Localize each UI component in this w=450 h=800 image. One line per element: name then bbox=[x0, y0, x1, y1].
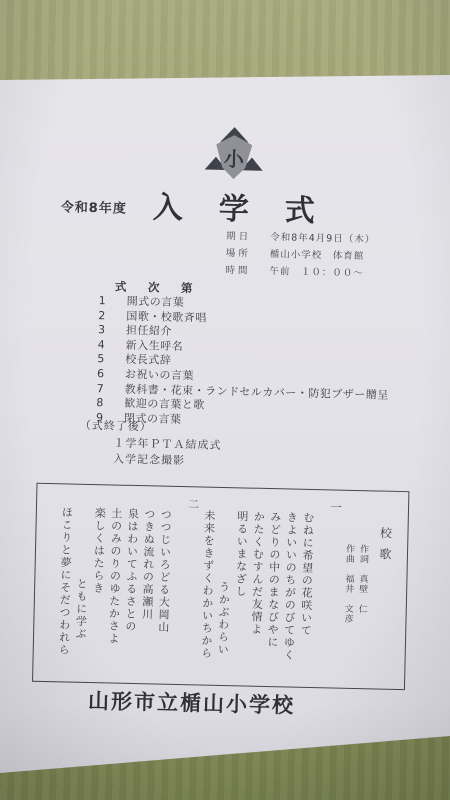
program-heading: 式 次 第 bbox=[115, 278, 198, 296]
program-item-number: 2 bbox=[98, 309, 126, 324]
verse1-line: みどりの中のまなびやに bbox=[264, 511, 282, 677]
detail-row-time: 時間 午前 １０：００～ bbox=[225, 260, 374, 280]
program-item-number: 8 bbox=[96, 396, 124, 411]
verse2-number: 二 bbox=[182, 498, 200, 675]
program-item-text: 開式の言葉 bbox=[126, 295, 184, 311]
school-song-title: 校歌 bbox=[374, 526, 394, 679]
verse1-line: 明るいまなざし bbox=[231, 510, 249, 676]
verse2-line: 泉はわいてふるさとの bbox=[121, 508, 139, 674]
verse2-line: つつじいろどる大岡山 bbox=[154, 509, 172, 675]
detail-value: 午前 １０：００～ bbox=[269, 262, 364, 278]
detail-label: 時間 bbox=[225, 261, 257, 276]
verse2-line: ほこりと夢にそだつわれら bbox=[55, 506, 73, 672]
verse1-line: かたくむすんだ友情よ bbox=[247, 511, 265, 677]
program-list: 1 開式の言葉 2 国歌・校歌斉唱 3 担任紹介 4 新入生呼名 5 校長式辞 … bbox=[96, 294, 391, 432]
page-title: 入 学 式 bbox=[152, 182, 318, 230]
verse1-line: きよいいのちがのびてゆく bbox=[280, 511, 298, 677]
post-ceremony-label: （式終了後） bbox=[80, 417, 152, 435]
detail-value: 令和8年4月9日（木） bbox=[270, 228, 375, 244]
verse1-line: うかぶわらい bbox=[214, 581, 231, 676]
detail-label: 期日 bbox=[226, 227, 258, 242]
program-item-text: 担任紹介 bbox=[126, 324, 172, 340]
verse2-line: ともに学ぶ bbox=[72, 578, 89, 673]
program-item-number: 7 bbox=[97, 382, 125, 397]
program-item-number: 1 bbox=[98, 294, 126, 309]
program-item-text: 校長式辞 bbox=[125, 353, 171, 369]
verse2-line: 土のみのりのゆたかさよ bbox=[105, 507, 123, 673]
post-ceremony-item: 入学記念撮影 bbox=[113, 450, 185, 468]
verse1-line: 未来をきずくわかいちから bbox=[198, 509, 216, 675]
program-item-number: 5 bbox=[97, 352, 125, 367]
song-lyricist: 作詞 真壁 仁 bbox=[353, 544, 369, 679]
school-year-label: 令和8年度 bbox=[61, 196, 127, 216]
ceremony-program-sheet: 小 令和8年度 入 学 式 期日 令和8年4月9日（木） 場所 楯山小学校 体育… bbox=[0, 0, 450, 800]
detail-label: 場所 bbox=[226, 244, 258, 259]
document-content: 小 令和8年度 入 学 式 期日 令和8年4月9日（木） 場所 楯山小学校 体育… bbox=[0, 0, 450, 800]
program-item-text: お祝いの言葉 bbox=[125, 368, 194, 384]
school-song-box: 校歌 作詞 真壁 仁 作曲 福井 文彦 一 むねに希望の花咲いて きよいいのちが… bbox=[32, 483, 409, 690]
verse1-line: むねに希望の花咲いて bbox=[297, 512, 315, 678]
program-item-number: 3 bbox=[98, 323, 126, 338]
program-item-number: 4 bbox=[97, 338, 125, 353]
verse2-line: 楽しくはたらき bbox=[88, 507, 106, 673]
event-details: 期日 令和8年4月9日（木） 場所 楯山小学校 体育館 時間 午前 １０：００～ bbox=[225, 226, 375, 280]
school-crest-icon: 小 bbox=[204, 126, 263, 185]
verse2-line: つきぬ流れの高瀬川 bbox=[138, 508, 156, 674]
detail-value: 楯山小学校 体育館 bbox=[270, 245, 365, 261]
program-item-number: 6 bbox=[97, 367, 125, 382]
